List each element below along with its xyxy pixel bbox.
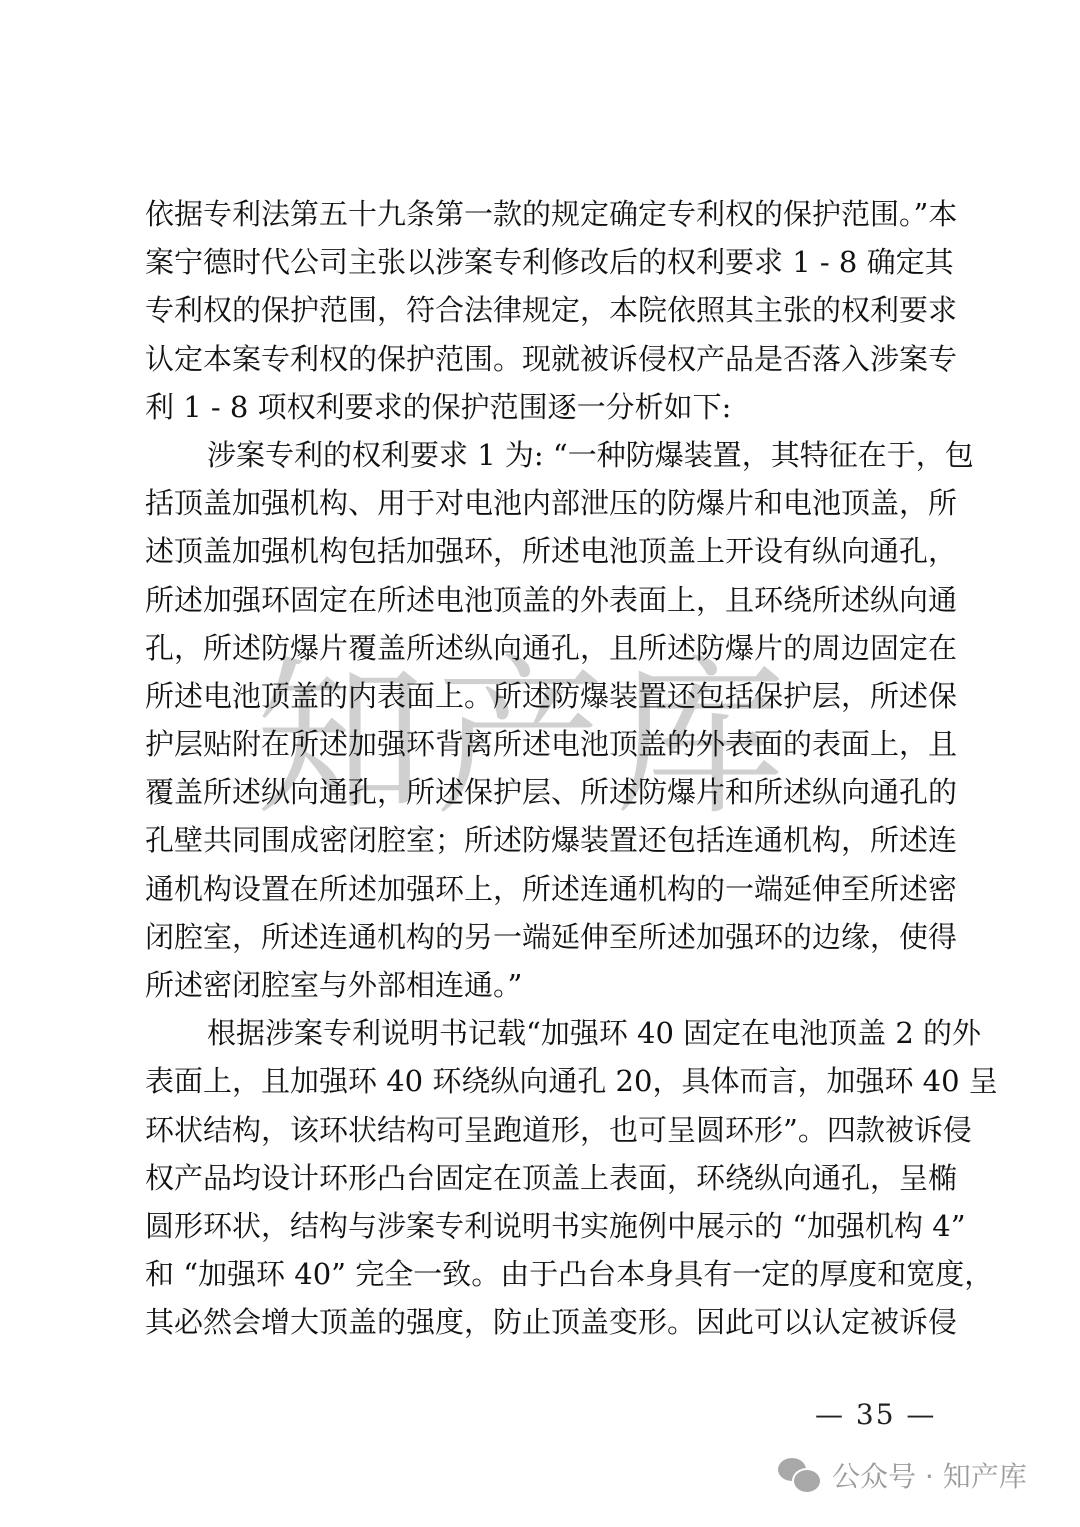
- text-line: 闭腔室，所述连通机构的另一端延伸至所述加强环的边缘，使得: [145, 913, 950, 961]
- text-line: 圆形环状，结构与涉案专利说明书实施例中展示的 “加强机构 4”: [145, 1202, 950, 1250]
- text-line: 案宁德时代公司主张以涉案专利修改后的权利要求 1 - 8 确定其: [145, 238, 950, 286]
- text-line: 通机构设置在所述加强环上，所述连通机构的一端延伸至所述密: [145, 865, 950, 913]
- text-line: 利 1 - 8 项权利要求的保护范围逐一分析如下:: [145, 383, 950, 431]
- text-line: 环状结构，该环状结构可呈跑道形，也可呈圆环形”。四款被诉侵: [145, 1106, 950, 1154]
- text-line: 和 “加强环 40” 完全一致。由于凸台本身具有一定的厚度和宽度，: [145, 1250, 950, 1298]
- text-line: 认定本案专利权的保护范围。现就被诉侵权产品是否落入涉案专: [145, 335, 950, 383]
- text-line: 所述电池顶盖的内表面上。所述防爆装置还包括保护层，所述保: [145, 672, 950, 720]
- text-line: 表面上，且加强环 40 环绕纵向通孔 20，具体而言，加强环 40 呈: [145, 1057, 950, 1105]
- page-number: — 35 —: [815, 1398, 936, 1431]
- text-line: 护层贴附在所述加强环背离所述电池顶盖的外表面的表面上，且: [145, 720, 950, 768]
- text-line: 孔壁共同围成密闭腔室；所述防爆装置还包括连通机构，所述连: [145, 816, 950, 864]
- text-line: 依据专利法第五十九条第一款的规定确定专利权的保护范围。”本: [145, 190, 950, 238]
- document-body: 依据专利法第五十九条第一款的规定确定专利权的保护范围。”本 案宁德时代公司主张以…: [145, 190, 950, 1347]
- text-line: 根据涉案专利说明书记载“加强环 40 固定在电池顶盖 2 的外: [145, 1009, 950, 1057]
- footer-label: 公众号 · 知产库: [832, 1455, 1027, 1495]
- footer-brand[interactable]: 公众号 · 知产库: [778, 1455, 1027, 1495]
- text-line: 所述密闭腔室与外部相连通。”: [145, 961, 950, 1009]
- text-line: 其必然会增大顶盖的强度，防止顶盖变形。因此可以认定被诉侵: [145, 1298, 950, 1346]
- text-line: 孔，所述防爆片覆盖所述纵向通孔，且所述防爆片的周边固定在: [145, 624, 950, 672]
- text-line: 述顶盖加强机构包括加强环，所述电池顶盖上开设有纵向通孔，: [145, 527, 950, 575]
- text-line: 括顶盖加强机构、用于对电池内部泄压的防爆片和电池顶盖，所: [145, 479, 950, 527]
- text-line: 所述加强环固定在所述电池顶盖的外表面上，且环绕所述纵向通: [145, 576, 950, 624]
- wechat-icon: [778, 1458, 822, 1492]
- document-page: 知产库 依据专利法第五十九条第一款的规定确定专利权的保护范围。”本 案宁德时代公…: [0, 0, 1080, 1527]
- text-line: 覆盖所述纵向通孔，所述保护层、所述防爆片和所述纵向通孔的: [145, 768, 950, 816]
- text-line: 专利权的保护范围，符合法律规定，本院依照其主张的权利要求: [145, 286, 950, 334]
- text-line: 权产品均设计环形凸台固定在顶盖上表面，环绕纵向通孔，呈椭: [145, 1154, 950, 1202]
- text-line: 涉案专利的权利要求 1 为: “一种防爆装置，其特征在于，包: [145, 431, 950, 479]
